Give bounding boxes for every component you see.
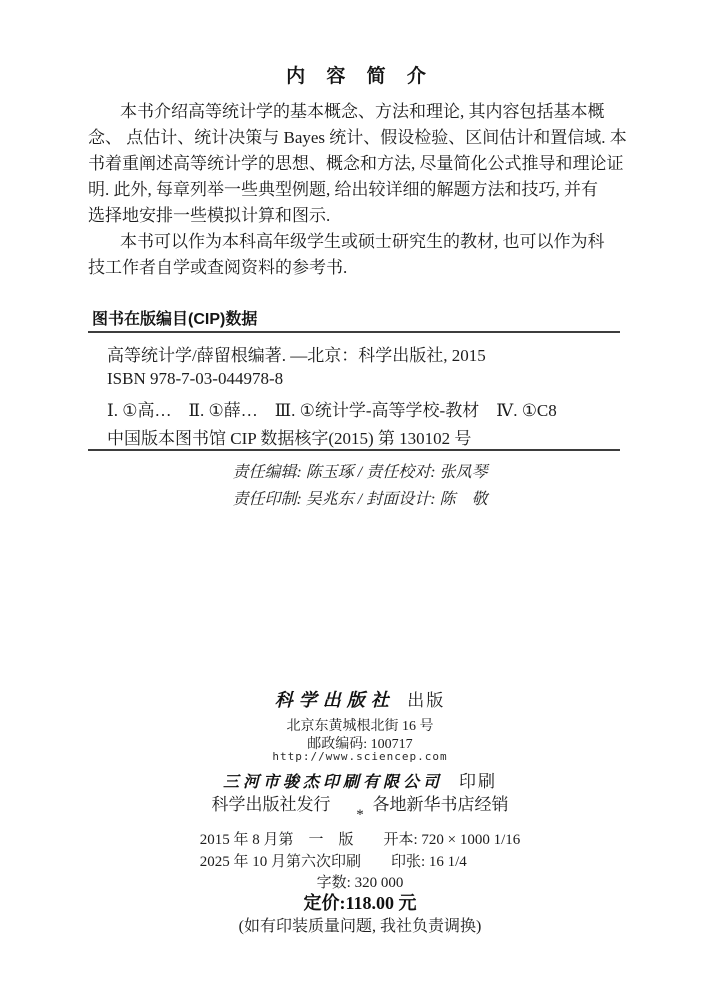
summary-paragraph-line: 书着重阐述高等统计学的思想、概念和方法, 尽量简化公式推导和理论证 <box>88 151 640 177</box>
divider-rule-top <box>88 331 620 333</box>
price: 定价:118.00 元 <box>0 889 720 915</box>
credit-editors-line: 责任编辑: 陈玉琢 / 责任校对: 张凤琴 <box>0 459 720 486</box>
edition-info-inner: 2015 年 8 月第 一 版 开本: 720 × 1000 1/16 2025… <box>200 829 521 873</box>
credit-printing-design-line: 责任印制: 吴兆东 / 封面设计: 陈 敬 <box>0 486 720 513</box>
summary-paragraph-line: 明. 此外, 每章列举一些典型例题, 给出较详细的解题方法和技巧, 并有 <box>88 177 640 203</box>
publisher-url: http://www.sciencep.com <box>0 750 720 763</box>
printer-name: 三河市骏杰印刷有限公司 <box>223 774 443 791</box>
cip-classification-line: Ⅰ. ①高… Ⅱ. ①薛… Ⅲ. ①统计学-高等学校-教材 Ⅳ. ①C8 <box>107 396 557 421</box>
edition-line-first-printing: 2015 年 8 月第 一 版 开本: 720 × 1000 1/16 <box>200 829 521 851</box>
content-summary-title: 内 容 简 介 <box>0 61 720 88</box>
publisher-address: 北京东黄城根北街 16 号 <box>0 715 720 735</box>
book-copyright-page: 内 容 简 介 本书介绍高等统计学的基本概念、方法和理论, 其内容包括基本概 念… <box>0 0 720 1000</box>
edition-line-current-printing: 2025 年 10 月第六次印刷 印张: 16 1/4 <box>200 851 521 873</box>
summary-paragraph-line: 选择地安排一些模拟计算和图示. <box>88 203 640 229</box>
publisher-logo-line: 科学出版社 出版 <box>0 686 720 712</box>
divider-rule-bottom <box>88 449 620 451</box>
edition-info: 2015 年 8 月第 一 版 开本: 720 × 1000 1/16 2025… <box>0 829 720 873</box>
printer-suffix: 印刷 <box>459 772 497 791</box>
publisher-logo-text: 科学出版社 <box>275 690 395 710</box>
separator-asterisk: * <box>0 807 720 824</box>
summary-paragraph-line: 技工作者自学或查阅资料的参考书. <box>88 255 640 281</box>
summary-paragraph-line: 本书介绍高等统计学的基本概念、方法和理论, 其内容包括基本概 <box>88 99 640 125</box>
printer-line: 三河市骏杰印刷有限公司 印刷 <box>0 767 720 792</box>
publisher-logo-suffix: 出版 <box>407 691 445 710</box>
cip-header: 图书在版编目(CIP)数据 <box>92 306 257 329</box>
cip-record-number: 中国版本图书馆 CIP 数据核字(2015) 第 130102 号 <box>107 424 471 449</box>
summary-paragraph-line: 念、 点估计、统计决策与 Bayes 统计、假设检验、区间估计和置信域. 本 <box>88 125 640 151</box>
staff-credits: 责任编辑: 陈玉琢 / 责任校对: 张凤琴 责任印制: 吴兆东 / 封面设计: … <box>0 459 720 513</box>
summary-paragraph-line: 本书可以作为本科高年级学生或硕士研究生的教材, 也可以作为科 <box>88 229 640 255</box>
isbn-line: ISBN 978-7-03-044978-8 <box>107 369 283 389</box>
content-summary: 本书介绍高等统计学的基本概念、方法和理论, 其内容包括基本概 念、 点估计、统计… <box>88 99 640 281</box>
cip-title-line: 高等统计学/薛留根编著. —北京：科学出版社, 2015 <box>107 341 486 366</box>
quality-note: (如有印装质量问题, 我社负责调换) <box>0 913 720 936</box>
